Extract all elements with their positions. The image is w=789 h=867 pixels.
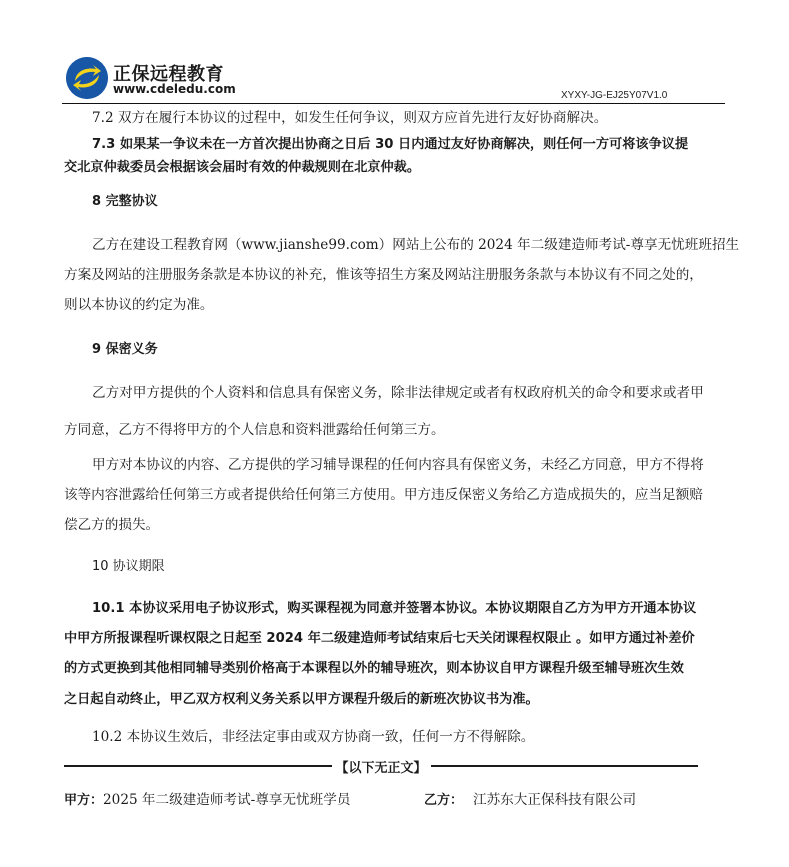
section-8-title: 8 完整协议 — [92, 193, 752, 211]
logo-swirl-icon — [66, 57, 108, 99]
brand-url: www.cdeledu.com — [113, 82, 236, 96]
section-8-line1: 乙方在建设工程教育网（www.jianshe99.com）网站上公布的 2024… — [92, 236, 752, 254]
document-code: XYXY-JG-EJ25Y07V1.0 — [561, 90, 667, 101]
end-of-text-label: 【以下无正文】 — [332, 757, 431, 776]
clause-7-2: 7.2 双方在履行本协议的过程中，如发生任何争议，则双方应首先进行友好协商解决。 — [92, 109, 752, 127]
section-9-p2-line2: 该等内容泄露给任何第三方或者提供给任何第三方使用。甲方违反保密义务给乙方造成损失… — [64, 486, 724, 504]
clause-7-3-line2: 交北京仲裁委员会根据该会届时有效的仲裁规则在北京仲裁。 — [64, 159, 724, 177]
section-9-p1-line2: 方同意，乙方不得将甲方的个人信息和资料泄露给任何第三方。 — [64, 421, 724, 439]
party-a-label: 甲方： — [64, 793, 103, 808]
party-a-signature: 甲方：2025 年二级建造师考试-尊享无忧班学员 — [64, 788, 350, 808]
section-9-p2-line3: 偿乙方的损失。 — [64, 516, 724, 534]
logo-icon — [66, 57, 108, 99]
clause-10-2: 10.2 本协议生效后，非经法定事由或双方协商一致，任何一方不得解除。 — [92, 728, 752, 746]
divider-rule-left — [64, 765, 332, 767]
party-a-value: 2025 年二级建造师考试-尊享无忧班学员 — [103, 792, 350, 808]
end-of-text-divider: 【以下无正文】 — [64, 757, 698, 775]
party-b-value: 江苏东大正保科技有限公司 — [473, 792, 636, 808]
header-divider — [62, 103, 725, 104]
party-b-signature: 乙方：江苏东大正保科技有限公司 — [424, 788, 636, 808]
section-9-p2-line1: 甲方对本协议的内容、乙方提供的学习辅导课程的任何内容具有保密义务，未经乙方同意，… — [92, 456, 752, 474]
section-9-title: 9 保密义务 — [92, 341, 752, 359]
divider-rule-right — [431, 765, 699, 767]
clause-10-1-line3: 的方式更换到其他相同辅导类别价格高于本课程以外的辅导班次，则本协议自甲方课程升级… — [64, 660, 724, 678]
party-b-label: 乙方： — [424, 793, 463, 808]
clause-10-1-line4: 之日起自动终止，甲乙双方权利义务关系以甲方课程升级后的新班次协议书为准。 — [64, 691, 724, 709]
clause-10-1-line1: 10.1 本协议采用电子协议形式，购买课程视为同意并签署本协议。本协议期限自乙方… — [92, 600, 752, 618]
section-8-line2: 方案及网站的注册服务条款是本协议的补充，惟该等招生方案及网站注册服务条款与本协议… — [64, 266, 724, 284]
clause-7-3-line1: 7.3 如果某一争议未在一方首次提出协商之日后 30 日内通过友好协商解决，则任… — [92, 136, 752, 154]
section-9-p1-line1: 乙方对甲方提供的个人资料和信息具有保密义务，除非法律规定或者有权政府机关的命令和… — [92, 384, 752, 402]
clause-10-1-line2: 中甲方所报课程听课权限之日起至 2024 年二级建造师考试结束后七天关闭课程权限… — [64, 630, 724, 648]
section-8-line3: 则以本协议的约定为准。 — [64, 296, 724, 314]
section-10-title: 10 协议期限 — [92, 558, 752, 576]
